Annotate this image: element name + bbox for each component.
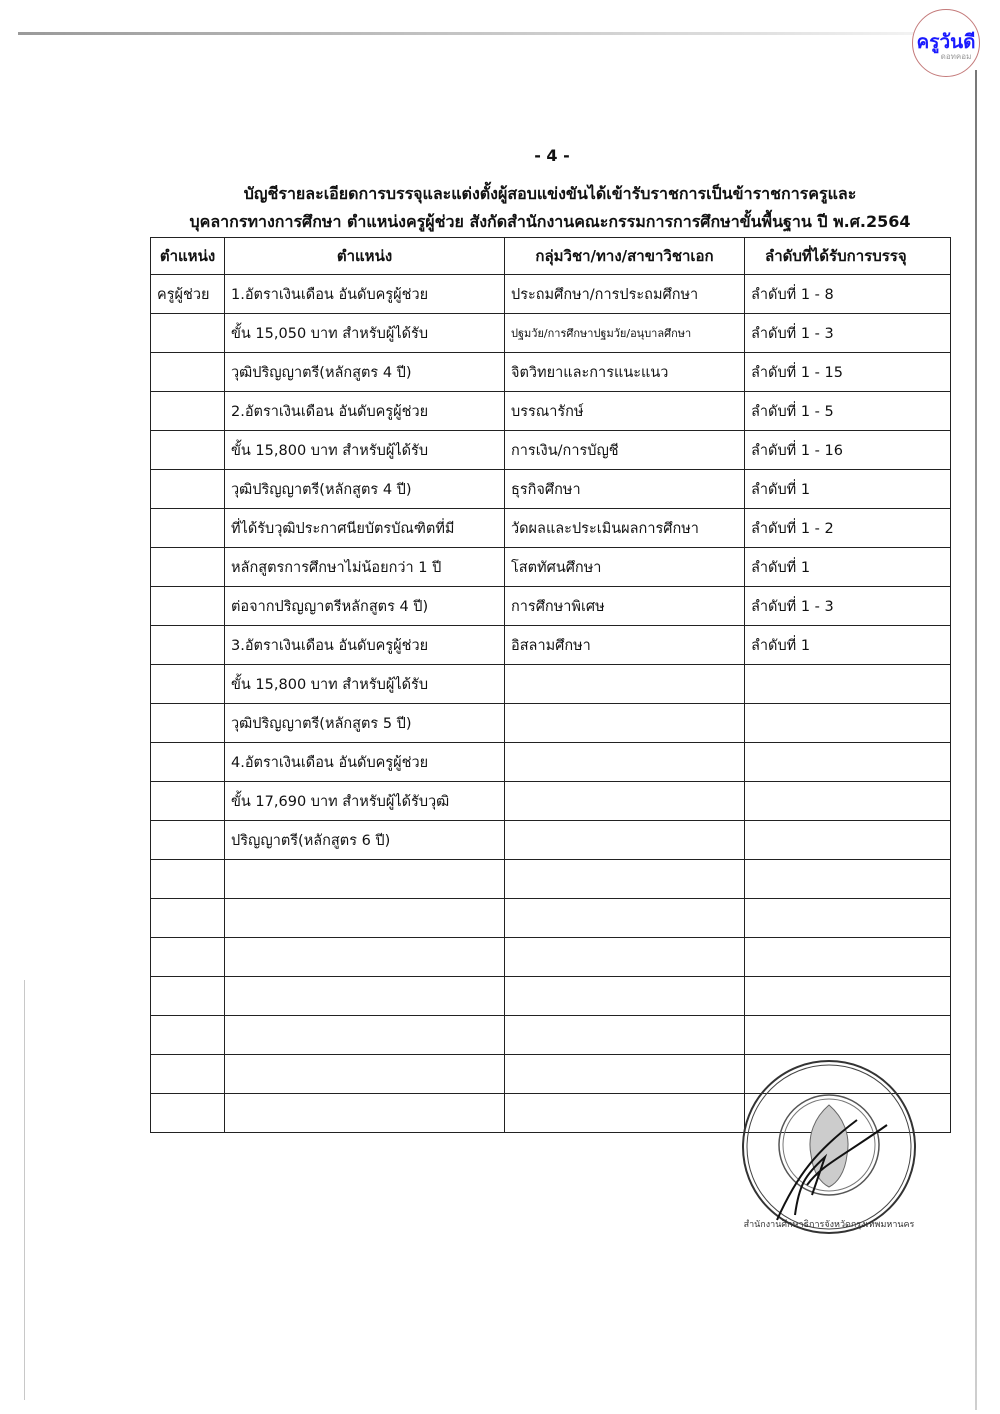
cell-position	[151, 1055, 225, 1094]
document-title-line1: บัญชีรายละเอียดการบรรจุและแต่งตั้งผู้สอบ…	[150, 184, 950, 204]
table-row: วุฒิปริญญาตรี(หลักสูตร 4 ปี)ธุรกิจศึกษาล…	[151, 470, 951, 509]
table-row: วุฒิปริญญาตรี(หลักสูตร 4 ปี)จิตวิทยาและก…	[151, 353, 951, 392]
cell-subject-group: ประถมศึกษา/การประถมศึกษา	[505, 275, 745, 314]
cell-position	[151, 665, 225, 704]
table-row: ครูผู้ช่วย1.อัตราเงินเดือน อันดับครูผู้ช…	[151, 275, 951, 314]
table-row: ขั้น 15,800 บาท สำหรับผู้ได้รับ	[151, 665, 951, 704]
cell-placement-rank	[745, 782, 951, 821]
cell-position	[151, 860, 225, 899]
cell-position-detail: วุฒิปริญญาตรี(หลักสูตร 5 ปี)	[225, 704, 505, 743]
cell-placement-rank: ลำดับที่ 1 - 5	[745, 392, 951, 431]
cell-placement-rank: ลำดับที่ 1	[745, 548, 951, 587]
cell-placement-rank	[745, 1016, 951, 1055]
cell-subject-group	[505, 977, 745, 1016]
cell-position-detail: 3.อัตราเงินเดือน อันดับครูผู้ช่วย	[225, 626, 505, 665]
cell-subject-group	[505, 743, 745, 782]
scan-edge-top	[18, 32, 918, 35]
cell-position	[151, 1094, 225, 1133]
cell-position	[151, 782, 225, 821]
cell-subject-group	[505, 860, 745, 899]
cell-position-detail	[225, 899, 505, 938]
cell-position	[151, 938, 225, 977]
cell-placement-rank	[745, 743, 951, 782]
scan-edge-left	[24, 980, 25, 1400]
cell-placement-rank: ลำดับที่ 1 - 15	[745, 353, 951, 392]
cell-position-detail: วุฒิปริญญาตรี(หลักสูตร 4 ปี)	[225, 353, 505, 392]
header-subject-group: กลุ่มวิชา/ทาง/สาขาวิชาเอก	[505, 238, 745, 275]
cell-position	[151, 587, 225, 626]
cell-position	[151, 977, 225, 1016]
table-row: ต่อจากปริญญาตรีหลักสูตร 4 ปี)การศึกษาพิเ…	[151, 587, 951, 626]
cell-position-detail	[225, 938, 505, 977]
cell-position	[151, 821, 225, 860]
header-position: ตำแหน่ง	[151, 238, 225, 275]
cell-placement-rank: ลำดับที่ 1 - 2	[745, 509, 951, 548]
cell-subject-group	[505, 782, 745, 821]
cell-placement-rank	[745, 665, 951, 704]
cell-position-detail	[225, 860, 505, 899]
cell-placement-rank	[745, 821, 951, 860]
table-row: ที่ได้รับวุฒิประกาศนียบัตรบัณฑิตที่มีวัด…	[151, 509, 951, 548]
header-position-detail: ตำแหน่ง	[225, 238, 505, 275]
table-row: ปริญญาตรี(หลักสูตร 6 ปี)	[151, 821, 951, 860]
table-row	[151, 1016, 951, 1055]
table-row: วุฒิปริญญาตรี(หลักสูตร 5 ปี)	[151, 704, 951, 743]
cell-subject-group	[505, 1016, 745, 1055]
cell-placement-rank: ลำดับที่ 1	[745, 470, 951, 509]
scan-edge-right	[975, 70, 977, 1410]
cell-position	[151, 1016, 225, 1055]
cell-position: ครูผู้ช่วย	[151, 275, 225, 314]
cell-position	[151, 314, 225, 353]
cell-position-detail: หลักสูตรการศึกษาไม่น้อยกว่า 1 ปี	[225, 548, 505, 587]
cell-position	[151, 353, 225, 392]
table-row: ขั้น 17,690 บาท สำหรับผู้ได้รับวุฒิ	[151, 782, 951, 821]
table-row: หลักสูตรการศึกษาไม่น้อยกว่า 1 ปีโสตทัศนศ…	[151, 548, 951, 587]
cell-subject-group: โสตทัศนศึกษา	[505, 548, 745, 587]
cell-position-detail	[225, 1094, 505, 1133]
cell-subject-group	[505, 704, 745, 743]
table-row	[151, 938, 951, 977]
cell-position-detail	[225, 1055, 505, 1094]
table-header-row: ตำแหน่ง ตำแหน่ง กลุ่มวิชา/ทาง/สาขาวิชาเอ…	[151, 238, 951, 275]
cell-position	[151, 470, 225, 509]
cell-position	[151, 899, 225, 938]
cell-placement-rank	[745, 704, 951, 743]
table-row	[151, 977, 951, 1016]
cell-position-detail	[225, 977, 505, 1016]
cell-position-detail	[225, 1016, 505, 1055]
cell-position-detail: 1.อัตราเงินเดือน อันดับครูผู้ช่วย	[225, 275, 505, 314]
cell-position	[151, 704, 225, 743]
cell-subject-group: บรรณารักษ์	[505, 392, 745, 431]
table-row: ขั้น 15,050 บาท สำหรับผู้ได้รับปฐมวัย/กา…	[151, 314, 951, 353]
cell-position-detail: 2.อัตราเงินเดือน อันดับครูผู้ช่วย	[225, 392, 505, 431]
document-title-line2: บุคลากรทางการศึกษา ตำแหน่งครูผู้ช่วย สัง…	[150, 212, 950, 232]
cell-subject-group: วัดผลและประเมินผลการศึกษา	[505, 509, 745, 548]
cell-subject-group: การเงิน/การบัญชี	[505, 431, 745, 470]
cell-position-detail: ที่ได้รับวุฒิประกาศนียบัตรบัณฑิตที่มี	[225, 509, 505, 548]
placement-table: ตำแหน่ง ตำแหน่ง กลุ่มวิชา/ทาง/สาขาวิชาเอ…	[150, 237, 951, 1133]
table-row: 4.อัตราเงินเดือน อันดับครูผู้ช่วย	[151, 743, 951, 782]
cell-position-detail: ขั้น 15,800 บาท สำหรับผู้ได้รับ	[225, 431, 505, 470]
cell-position-detail: ปริญญาตรี(หลักสูตร 6 ปี)	[225, 821, 505, 860]
cell-position-detail: 4.อัตราเงินเดือน อันดับครูผู้ช่วย	[225, 743, 505, 782]
table-row	[151, 899, 951, 938]
table-row	[151, 860, 951, 899]
seal-text: สำนักงานศึกษาธิการจังหวัดกรุงเทพมหานคร	[744, 1219, 915, 1230]
cell-placement-rank: ลำดับที่ 1 - 3	[745, 314, 951, 353]
cell-placement-rank: ลำดับที่ 1 - 3	[745, 587, 951, 626]
cell-placement-rank: ลำดับที่ 1	[745, 626, 951, 665]
table-row: 2.อัตราเงินเดือน อันดับครูผู้ช่วยบรรณารั…	[151, 392, 951, 431]
cell-position-detail: ขั้น 15,050 บาท สำหรับผู้ได้รับ	[225, 314, 505, 353]
brand-logo: ครูวันดี ดอทคอม	[912, 9, 980, 77]
cell-placement-rank	[745, 860, 951, 899]
cell-subject-group	[505, 665, 745, 704]
cell-placement-rank	[745, 899, 951, 938]
table-row: 3.อัตราเงินเดือน อันดับครูผู้ช่วยอิสลามศ…	[151, 626, 951, 665]
cell-placement-rank: ลำดับที่ 1 - 16	[745, 431, 951, 470]
cell-subject-group	[505, 899, 745, 938]
cell-subject-group: จิตวิทยาและการแนะแนว	[505, 353, 745, 392]
header-placement-rank: ลำดับที่ได้รับการบรรจุ	[745, 238, 951, 275]
cell-position	[151, 509, 225, 548]
cell-position	[151, 431, 225, 470]
cell-placement-rank: ลำดับที่ 1 - 8	[745, 275, 951, 314]
cell-position	[151, 626, 225, 665]
cell-position	[151, 548, 225, 587]
cell-subject-group: ปฐมวัย/การศึกษาปฐมวัย/อนุบาลศึกษา	[505, 314, 745, 353]
page-number: - 4 -	[0, 146, 1000, 165]
cell-placement-rank	[745, 977, 951, 1016]
cell-placement-rank	[745, 938, 951, 977]
cell-subject-group: อิสลามศึกษา	[505, 626, 745, 665]
table-row: ขั้น 15,800 บาท สำหรับผู้ได้รับการเงิน/ก…	[151, 431, 951, 470]
cell-subject-group	[505, 938, 745, 977]
cell-subject-group	[505, 1094, 745, 1133]
cell-position-detail: ต่อจากปริญญาตรีหลักสูตร 4 ปี)	[225, 587, 505, 626]
cell-position-detail: ขั้น 17,690 บาท สำหรับผู้ได้รับวุฒิ	[225, 782, 505, 821]
brand-sub: ดอทคอม	[935, 52, 977, 61]
cell-position-detail: ขั้น 15,800 บาท สำหรับผู้ได้รับ	[225, 665, 505, 704]
cell-subject-group	[505, 1055, 745, 1094]
cell-subject-group: ธุรกิจศึกษา	[505, 470, 745, 509]
cell-position	[151, 392, 225, 431]
cell-position-detail: วุฒิปริญญาตรี(หลักสูตร 4 ปี)	[225, 470, 505, 509]
cell-position	[151, 743, 225, 782]
cell-subject-group: การศึกษาพิเศษ	[505, 587, 745, 626]
official-seal-icon: สำนักงานศึกษาธิการจังหวัดกรุงเทพมหานคร	[737, 1055, 919, 1235]
cell-subject-group	[505, 821, 745, 860]
brand-name: ครูวันดี	[913, 32, 979, 52]
